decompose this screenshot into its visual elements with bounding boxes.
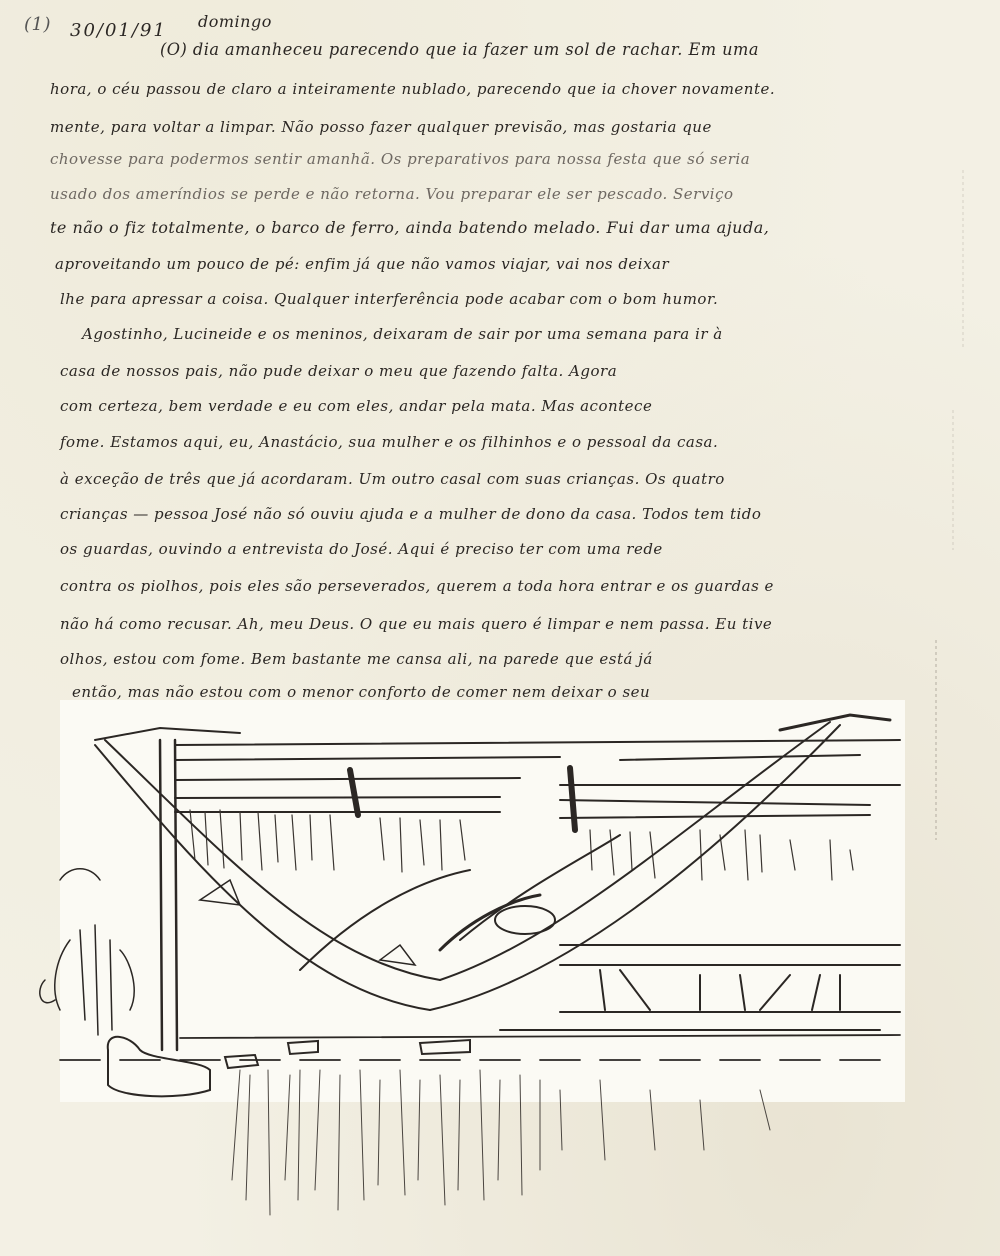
plants-left [40, 869, 134, 1035]
river-reeds [232, 1070, 770, 1215]
roof-ties [350, 768, 575, 830]
reeds-background [190, 810, 853, 880]
ground-line [60, 1035, 900, 1060]
hammock-sketch [0, 0, 1000, 1256]
diary-page: (1) 30/01/91 domingo (O) dia amanheceu p… [0, 0, 1000, 1256]
wooden-post [160, 740, 177, 1050]
roof-beam [95, 728, 900, 818]
